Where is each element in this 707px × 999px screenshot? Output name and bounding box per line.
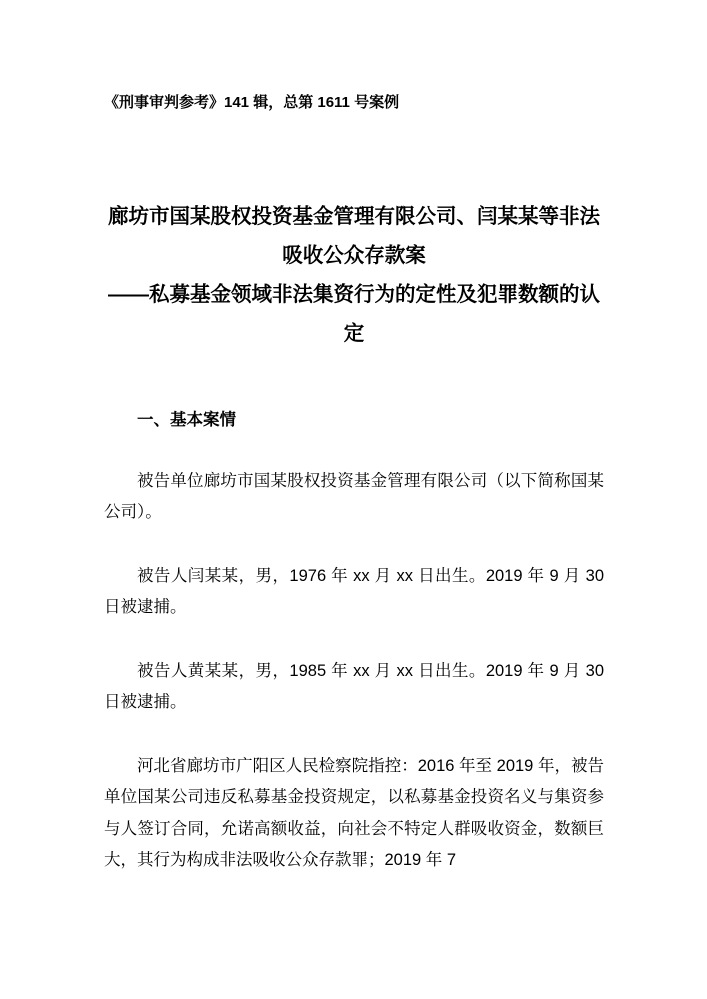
case-title: 廊坊市国某股权投资基金管理有限公司、闫某某等非法吸收公众存款案 — [104, 197, 604, 275]
document-page: 《刑事审判参考》141 辑，总第 1611 号案例 廊坊市国某股权投资基金管理有… — [0, 0, 707, 999]
section-heading-basic-facts: 一、基本案情 — [104, 405, 604, 437]
paragraph-defendant-huang: 被告人黄某某，男，1985 年 xx 月 xx 日出生。2019 年 9 月 3… — [104, 656, 604, 719]
case-title-block: 廊坊市国某股权投资基金管理有限公司、闫某某等非法吸收公众存款案 ——私募基金领域… — [104, 197, 604, 353]
journal-reference: 《刑事审判参考》141 辑，总第 1611 号案例 — [104, 92, 604, 113]
case-subtitle: ——私募基金领域非法集资行为的定性及犯罪数额的认定 — [104, 275, 604, 353]
paragraph-defendant-company: 被告单位廊坊市国某股权投资基金管理有限公司（以下简称国某公司）。 — [104, 466, 604, 529]
paragraph-defendant-yan: 被告人闫某某，男，1976 年 xx 月 xx 日出生。2019 年 9 月 3… — [104, 561, 604, 624]
paragraph-prosecution-allegation: 河北省廊坊市广阳区人民检察院指控：2016 年至 2019 年，被告单位国某公司… — [104, 751, 604, 877]
